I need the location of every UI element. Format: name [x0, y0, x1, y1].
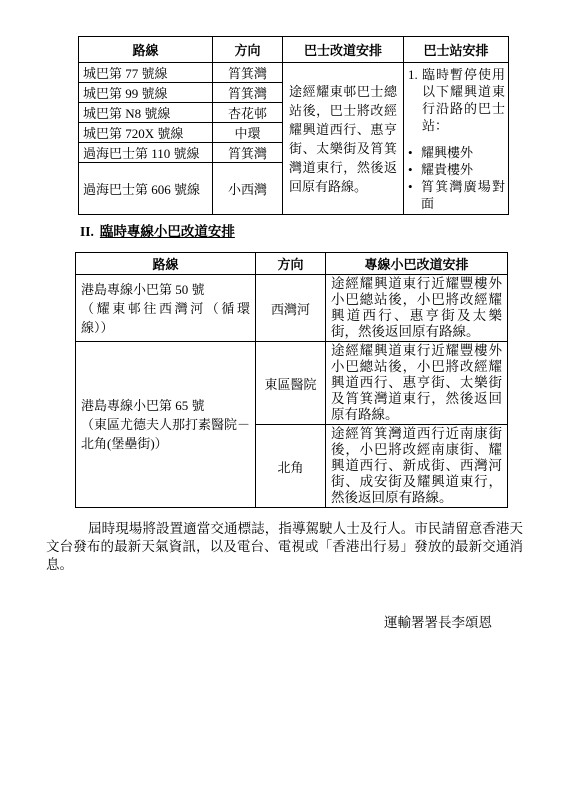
bullet-icon: • — [408, 161, 421, 178]
direction-cell: 筲箕灣 — [213, 83, 283, 103]
route-cell: 港島專線小巴第 65 號 （東區尤德夫人那打素醫院－北角(堡壘街)） — [76, 342, 256, 508]
table-row: 城巴第 77 號線 筲箕灣 途經耀東邨巴士總站後，巴士將改經耀興道西行、惠亨街、… — [79, 63, 509, 83]
col-header-route: 路線 — [76, 253, 256, 275]
route-note: （耀東邨往西灣河（循環線）） — [81, 299, 250, 337]
direction-cell: 北角 — [256, 425, 326, 508]
route-note: （東區尤德夫人那打素醫院－北角(堡壘街)） — [81, 415, 250, 453]
closing-paragraph: 屆時現場將設置適當交通標誌，指導駕駛人士及行人。市民請留意香港天文台發布的最新天… — [46, 520, 523, 574]
table-header-row: 路線 方向 巴士改道安排 巴士站安排 — [79, 37, 509, 63]
direction-cell: 西灣河 — [256, 275, 326, 342]
table-row: 港島專線小巴第 50 號 （耀東邨往西灣河（循環線）） 西灣河 途經耀興道東行近… — [76, 275, 508, 342]
stop-list-item: • 筲箕灣廣場對面 — [408, 178, 505, 212]
route-cell: 城巴第 99 號線 — [79, 83, 213, 103]
bullet-icon: • — [408, 144, 421, 161]
numbered-item: 1. 臨時暫停使用以下耀興道東行沿路的巴士站： — [408, 66, 505, 134]
notice-page: 路線 方向 巴士改道安排 巴士站安排 城巴第 77 號線 筲箕灣 途經耀東邨巴士… — [0, 0, 566, 800]
bullet-icon: • — [408, 178, 421, 212]
section-title: 臨時專線小巴改道安排 — [100, 224, 235, 239]
route-name: 港島專線小巴第 65 號 — [81, 396, 250, 415]
spacer — [408, 134, 505, 144]
stop-name: 筲箕灣廣場對面 — [421, 178, 505, 212]
item-text: 臨時暫停使用以下耀興道東行沿路的巴士站： — [422, 66, 505, 134]
route-name: 港島專線小巴第 50 號 — [81, 280, 250, 299]
direction-cell: 中環 — [213, 123, 283, 143]
direction-cell: 小西灣 — [213, 163, 283, 215]
direction-cell: 筲箕灣 — [213, 63, 283, 83]
route-cell: 城巴第 N8 號線 — [79, 103, 213, 123]
col-header-direction: 方向 — [256, 253, 326, 275]
direction-cell: 東區醫院 — [256, 342, 326, 425]
item-number: 1. — [408, 66, 422, 134]
direction-cell: 筲箕灣 — [213, 143, 283, 163]
route-cell: 城巴第 720X 號線 — [79, 123, 213, 143]
section-number: II. — [80, 224, 94, 239]
stop-list-item: • 耀貴樓外 — [408, 161, 505, 178]
minibus-diversion-table: 路線 方向 專線小巴改道安排 港島專線小巴第 50 號 （耀東邨往西灣河（循環線… — [75, 252, 508, 508]
bus-diversion-table: 路線 方向 巴士改道安排 巴士站安排 城巴第 77 號線 筲箕灣 途經耀東邨巴士… — [78, 36, 509, 215]
arrangement-cell: 途經耀興道東行近耀豐樓外小巴總站後，小巴將改經耀興道西行、惠亨街、太樂街及筲箕灣… — [326, 342, 508, 425]
bus-diversion-text-cell: 途經耀東邨巴士總站後，巴士將改經耀興道西行、惠亨街、太樂街及筲箕灣道東行，然後返… — [283, 63, 404, 215]
col-header-arrangement: 專線小巴改道安排 — [326, 253, 508, 275]
col-header-stops: 巴士站安排 — [404, 37, 509, 63]
section-heading-minibus: II.臨時專線小巴改道安排 — [80, 224, 235, 240]
stop-name: 耀貴樓外 — [421, 161, 505, 178]
col-header-diversion: 巴士改道安排 — [283, 37, 404, 63]
route-cell: 城巴第 77 號線 — [79, 63, 213, 83]
route-cell: 過海巴士第 606 號線 — [79, 163, 213, 215]
col-header-direction: 方向 — [213, 37, 283, 63]
bus-stops-cell: 1. 臨時暫停使用以下耀興道東行沿路的巴士站： • 耀興樓外 • 耀貴樓外 • … — [404, 63, 509, 215]
table-row: 港島專線小巴第 65 號 （東區尤德夫人那打素醫院－北角(堡壘街)） 東區醫院 … — [76, 342, 508, 425]
arrangement-cell: 途經耀興道東行近耀豐樓外小巴總站後，小巴將改經耀興道西行、惠亨街及太樂街，然後返… — [326, 275, 508, 342]
arrangement-cell: 途經筲箕灣道西行近南康街後，小巴將改經南康街、耀興道西行、新成街、西灣河街、成安… — [326, 425, 508, 508]
route-cell: 港島專線小巴第 50 號 （耀東邨往西灣河（循環線）） — [76, 275, 256, 342]
route-cell: 過海巴士第 110 號線 — [79, 143, 213, 163]
direction-cell: 杏花邨 — [213, 103, 283, 123]
stop-name: 耀興樓外 — [421, 144, 505, 161]
signature-line: 運輸署署長李頌恩 — [384, 615, 492, 631]
table-header-row: 路線 方向 專線小巴改道安排 — [76, 253, 508, 275]
col-header-route: 路線 — [79, 37, 213, 63]
stop-list-item: • 耀興樓外 — [408, 144, 505, 161]
